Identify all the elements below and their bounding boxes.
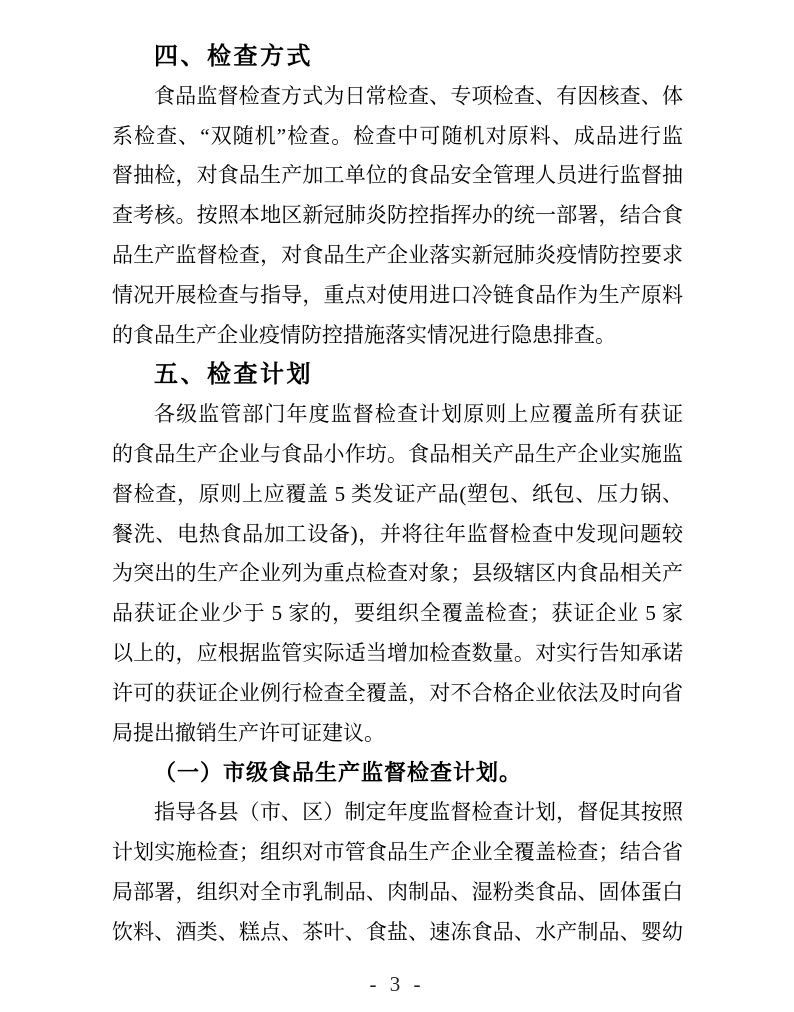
document-line: 的食品生产企业与食品小作坊。食品相关产品生产企业实施监	[112, 435, 683, 475]
document-body: 四、检查方式 食品监督检查方式为日常检查、专项检查、有因核查、体 系检查、“双随…	[112, 37, 683, 952]
document-line: 指导各县（市、区）制定年度监督检查计划，督促其按照	[112, 793, 683, 833]
page-number: - 3 -	[0, 968, 794, 1000]
document-line: 为突出的生产企业列为重点检查对象；县级辖区内食品相关产	[112, 554, 683, 594]
document-line: 系检查、“双随机”检查。检查中可随机对原料、成品进行监	[112, 117, 683, 157]
sub-section-heading-municipal-plan: （一）市级食品生产监督检查计划。	[112, 753, 683, 793]
document-line: 局部署，组织对全市乳制品、肉制品、湿粉类食品、固体蛋白	[112, 873, 683, 913]
document-line: 以上的，应根据监管实际适当增加检查数量。对实行告知承诺	[112, 634, 683, 674]
document-page: 四、检查方式 食品监督检查方式为日常检查、专项检查、有因核查、体 系检查、“双随…	[0, 0, 794, 1012]
section-heading-inspection-plan: 五、检查计划	[112, 355, 683, 395]
document-line: 督抽检，对食品生产加工单位的食品安全管理人员进行监督抽	[112, 156, 683, 196]
document-line: 饮料、酒类、糕点、茶叶、食盐、速冻食品、水产制品、婴幼	[112, 913, 683, 953]
document-line: 查考核。按照本地区新冠肺炎防控指挥办的统一部署，结合食	[112, 196, 683, 236]
document-line: 食品监督检查方式为日常检查、专项检查、有因核查、体	[112, 77, 683, 117]
document-line: 各级监管部门年度监督检查计划原则上应覆盖所有获证	[112, 395, 683, 435]
document-line: 情况开展检查与指导，重点对使用进口冷链食品作为生产原料	[112, 276, 683, 316]
document-line: 计划实施检查；组织对市管食品生产企业全覆盖检查；结合省	[112, 833, 683, 873]
document-line: 许可的获证企业例行检查全覆盖，对不合格企业依法及时向省	[112, 674, 683, 714]
section-heading-inspection-methods: 四、检查方式	[112, 37, 683, 77]
document-line: 的食品生产企业疫情防控措施落实情况进行隐患排查。	[112, 316, 683, 356]
document-line: 局提出撤销生产许可证建议。	[112, 714, 683, 754]
document-line: 品生产监督检查，对食品生产企业落实新冠肺炎疫情防控要求	[112, 236, 683, 276]
document-line: 餐洗、电热食品加工设备)，并将往年监督检查中发现问题较	[112, 515, 683, 555]
document-line: 督检查，原则上应覆盖 5 类发证产品(塑包、纸包、压力锅、	[112, 475, 683, 515]
document-line: 品获证企业少于 5 家的，要组织全覆盖检查；获证企业 5 家	[112, 594, 683, 634]
